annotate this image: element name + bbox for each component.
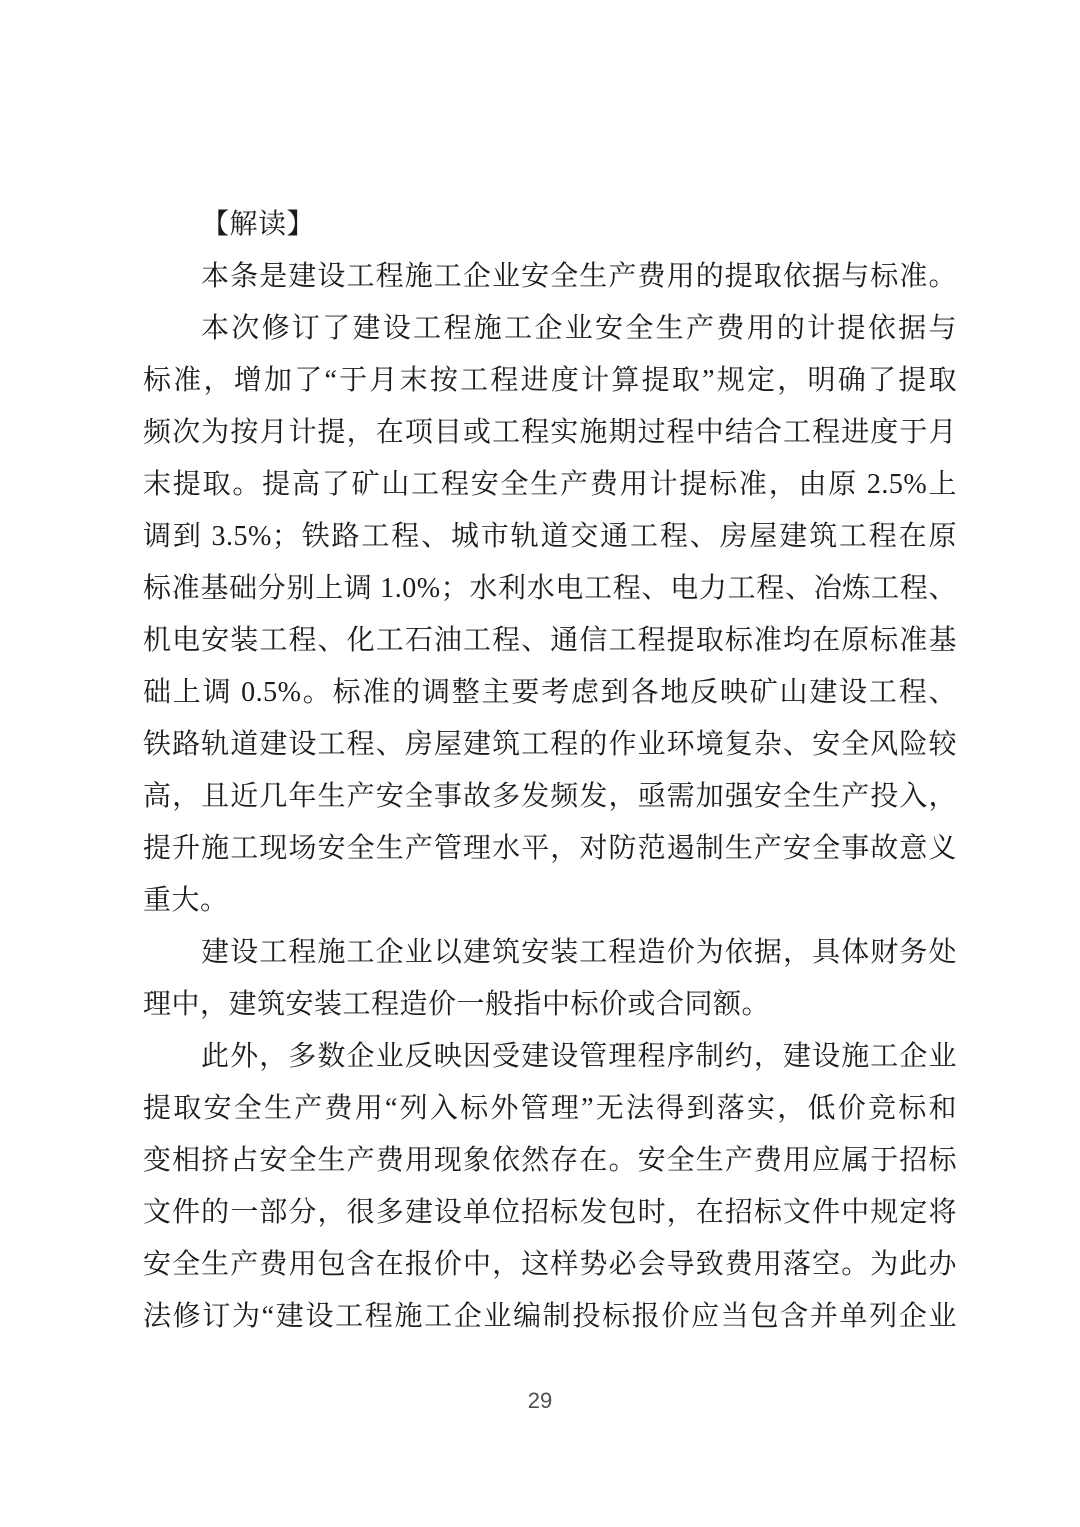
text-line: 调到 3.5%；铁路工程、城市轨道交通工程、房屋建筑工程在原 bbox=[143, 511, 957, 563]
text-line: 标准，增加了“于月末按工程进度计算提取”规定，明确了提取 bbox=[143, 355, 957, 407]
text-line: 此外，多数企业反映因受建设管理程序制约，建设施工企业 bbox=[143, 1031, 957, 1083]
text-line: 础上调 0.5%。标准的调整主要考虑到各地反映矿山建设工程、 bbox=[143, 667, 957, 719]
text-line: 标准基础分别上调 1.0%；水利水电工程、电力工程、冶炼工程、 bbox=[143, 563, 957, 615]
text-line: 高，且近几年生产安全事故多发频发，亟需加强安全生产投入， bbox=[143, 771, 957, 823]
text-line: 提升施工现场安全生产管理水平，对防范遏制生产安全事故意义 bbox=[143, 823, 957, 875]
text-line: 文件的一部分，很多建设单位招标发包时，在招标文件中规定将 bbox=[143, 1187, 957, 1239]
text-line: 提取安全生产费用“列入标外管理”无法得到落实，低价竞标和 bbox=[143, 1083, 957, 1135]
page-number: 29 bbox=[0, 1388, 1080, 1414]
text-line: 本次修订了建设工程施工企业安全生产费用的计提依据与 bbox=[143, 303, 957, 355]
section-heading: 【解读】 bbox=[143, 199, 957, 251]
document-body: 【解读】本条是建设工程施工企业安全生产费用的提取依据与标准。本次修订了建设工程施… bbox=[143, 199, 957, 1343]
text-line: 法修订为“建设工程施工企业编制投标报价应当包含并单列企业 bbox=[143, 1291, 957, 1343]
text-line: 本条是建设工程施工企业安全生产费用的提取依据与标准。 bbox=[143, 251, 957, 303]
text-line: 变相挤占安全生产费用现象依然存在。安全生产费用应属于招标 bbox=[143, 1135, 957, 1187]
text-line: 频次为按月计提，在项目或工程实施期过程中结合工程进度于月 bbox=[143, 407, 957, 459]
text-line: 机电安装工程、化工石油工程、通信工程提取标准均在原标准基 bbox=[143, 615, 957, 667]
document-page: 【解读】本条是建设工程施工企业安全生产费用的提取依据与标准。本次修订了建设工程施… bbox=[0, 0, 1080, 1527]
text-line: 建设工程施工企业以建筑安装工程造价为依据，具体财务处 bbox=[143, 927, 957, 979]
text-line: 重大。 bbox=[143, 875, 957, 927]
text-line: 末提取。提高了矿山工程安全生产费用计提标准，由原 2.5%上 bbox=[143, 459, 957, 511]
text-line: 理中，建筑安装工程造价一般指中标价或合同额。 bbox=[143, 979, 957, 1031]
text-line: 铁路轨道建设工程、房屋建筑工程的作业环境复杂、安全风险较 bbox=[143, 719, 957, 771]
text-line: 安全生产费用包含在报价中，这样势必会导致费用落空。为此办 bbox=[143, 1239, 957, 1291]
